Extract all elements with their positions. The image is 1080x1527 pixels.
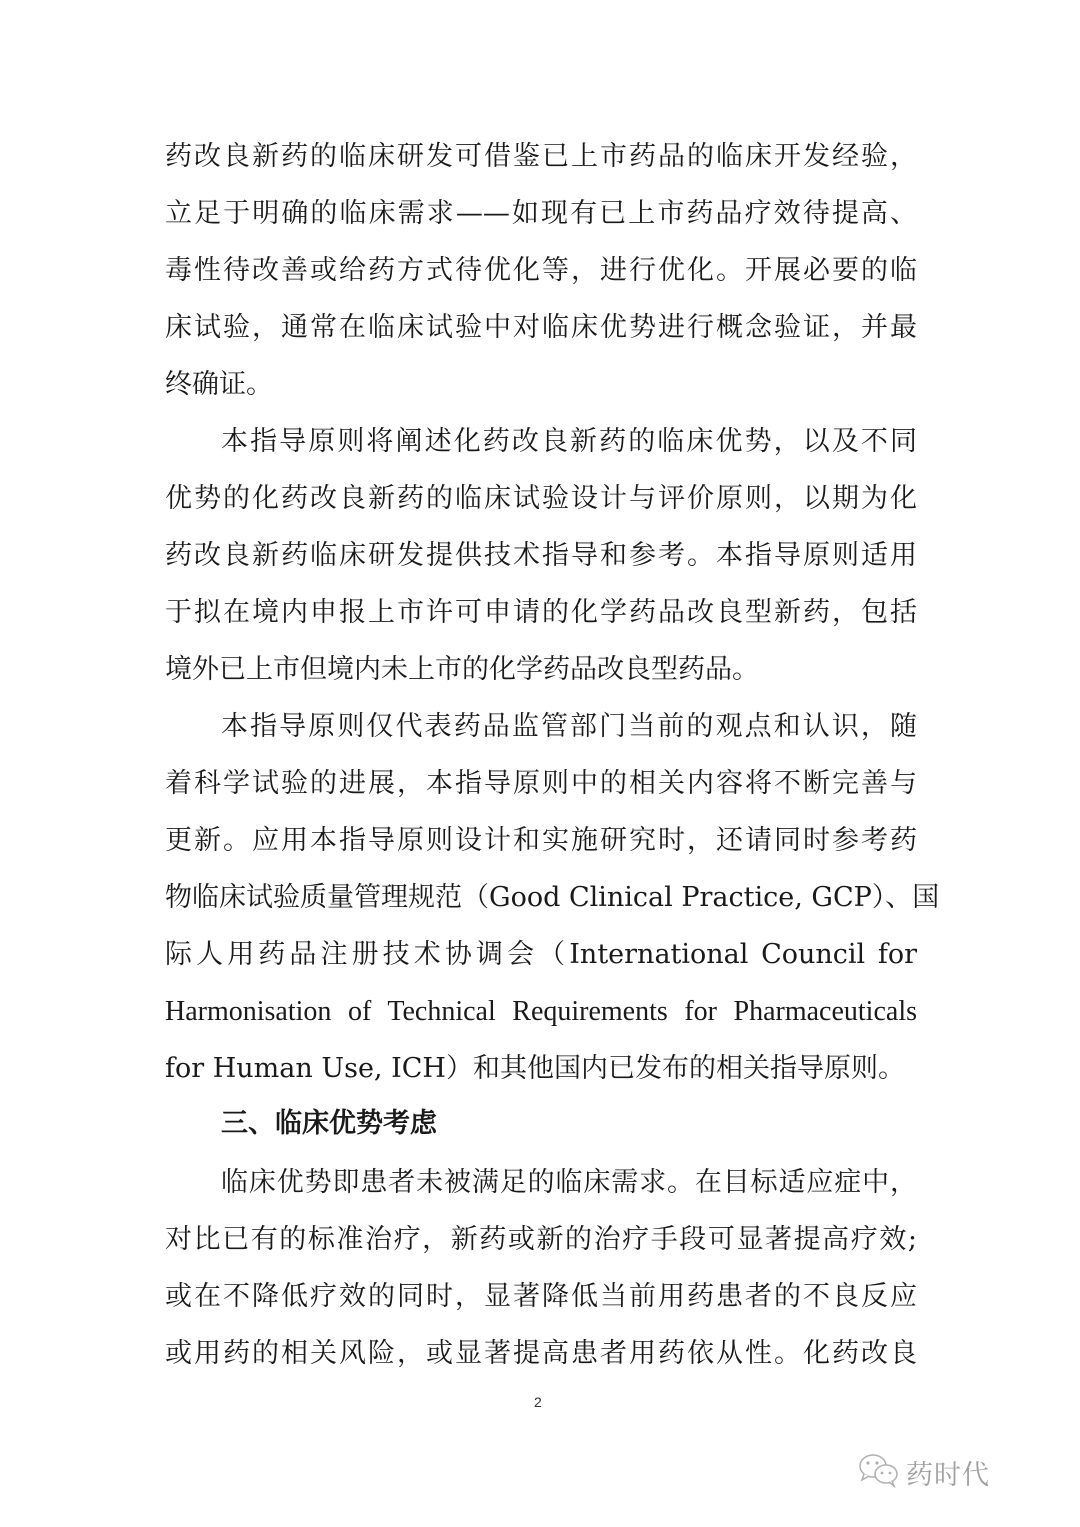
- paragraph-line: 或在不降低疗效的同时，显著降低当前用药患者的不良反应: [165, 1279, 917, 1315]
- paragraph-line: 或用药的相关风险，或显著提高患者用药依从性。化药改良: [165, 1336, 917, 1372]
- paragraph-line: 对比已有的标准治疗，新药或新的治疗手段可显著提高疗效;: [165, 1222, 917, 1258]
- paragraph-line: for Human Use, ICH）和其他国内已发布的相关指导原则。: [165, 1051, 917, 1087]
- paragraph-line: 药改良新药的临床研发可借鉴已上市药品的临床开发经验，: [165, 139, 917, 175]
- paragraph-line: 本指导原则仅代表药品监管部门当前的观点和认识，随: [221, 709, 917, 745]
- paragraph-line: 优势的化药改良新药的临床试验设计与评价原则，以期为化: [165, 481, 917, 517]
- paragraph-line: 际人用药品注册技术协调会（International Council for: [165, 937, 917, 973]
- document-page: 药改良新药的临床研发可借鉴已上市药品的临床开发经验， 立足于明确的临床需求——如…: [0, 0, 1080, 1527]
- watermark: 药时代: [858, 1452, 990, 1492]
- watermark-text: 药时代: [906, 1453, 990, 1492]
- paragraph-line: 于拟在境内申报上市许可申请的化学药品改良型新药，包括: [165, 595, 917, 631]
- paragraph-line: 临床优势即患者未被满足的临床需求。在目标适应症中，: [221, 1165, 917, 1201]
- paragraph-line: 毒性待改善或给药方式待优化等，进行优化。开展必要的临: [165, 253, 917, 289]
- paragraph-line: 物临床试验质量管理规范（Good Clinical Practice, GCP）…: [165, 880, 917, 916]
- section-heading: 三、临床优势考虑: [221, 1106, 437, 1142]
- paragraph-line: 境外已上市但境内未上市的化学药品改良型药品。: [165, 652, 917, 688]
- paragraph-line: 终确证。: [165, 367, 917, 403]
- paragraph-line: 更新。应用本指导原则设计和实施研究时，还请同时参考药: [165, 823, 917, 859]
- paragraph-line: 本指导原则将阐述化药改良新药的临床优势，以及不同: [221, 424, 917, 460]
- paragraph-line: 床试验，通常在临床试验中对临床优势进行概念验证，并最: [165, 310, 917, 346]
- paragraph-line: 立足于明确的临床需求——如现有已上市药品疗效待提高、: [165, 196, 917, 232]
- paragraph-line: Harmonisation of Technical Requirements …: [165, 994, 917, 1030]
- wechat-icon: [858, 1452, 900, 1492]
- paragraph-line: 着科学试验的进展，本指导原则中的相关内容将不断完善与: [165, 766, 917, 802]
- paragraph-line: 药改良新药临床研发提供技术指导和参考。本指导原则适用: [165, 538, 917, 574]
- page-number: 2: [534, 1394, 542, 1410]
